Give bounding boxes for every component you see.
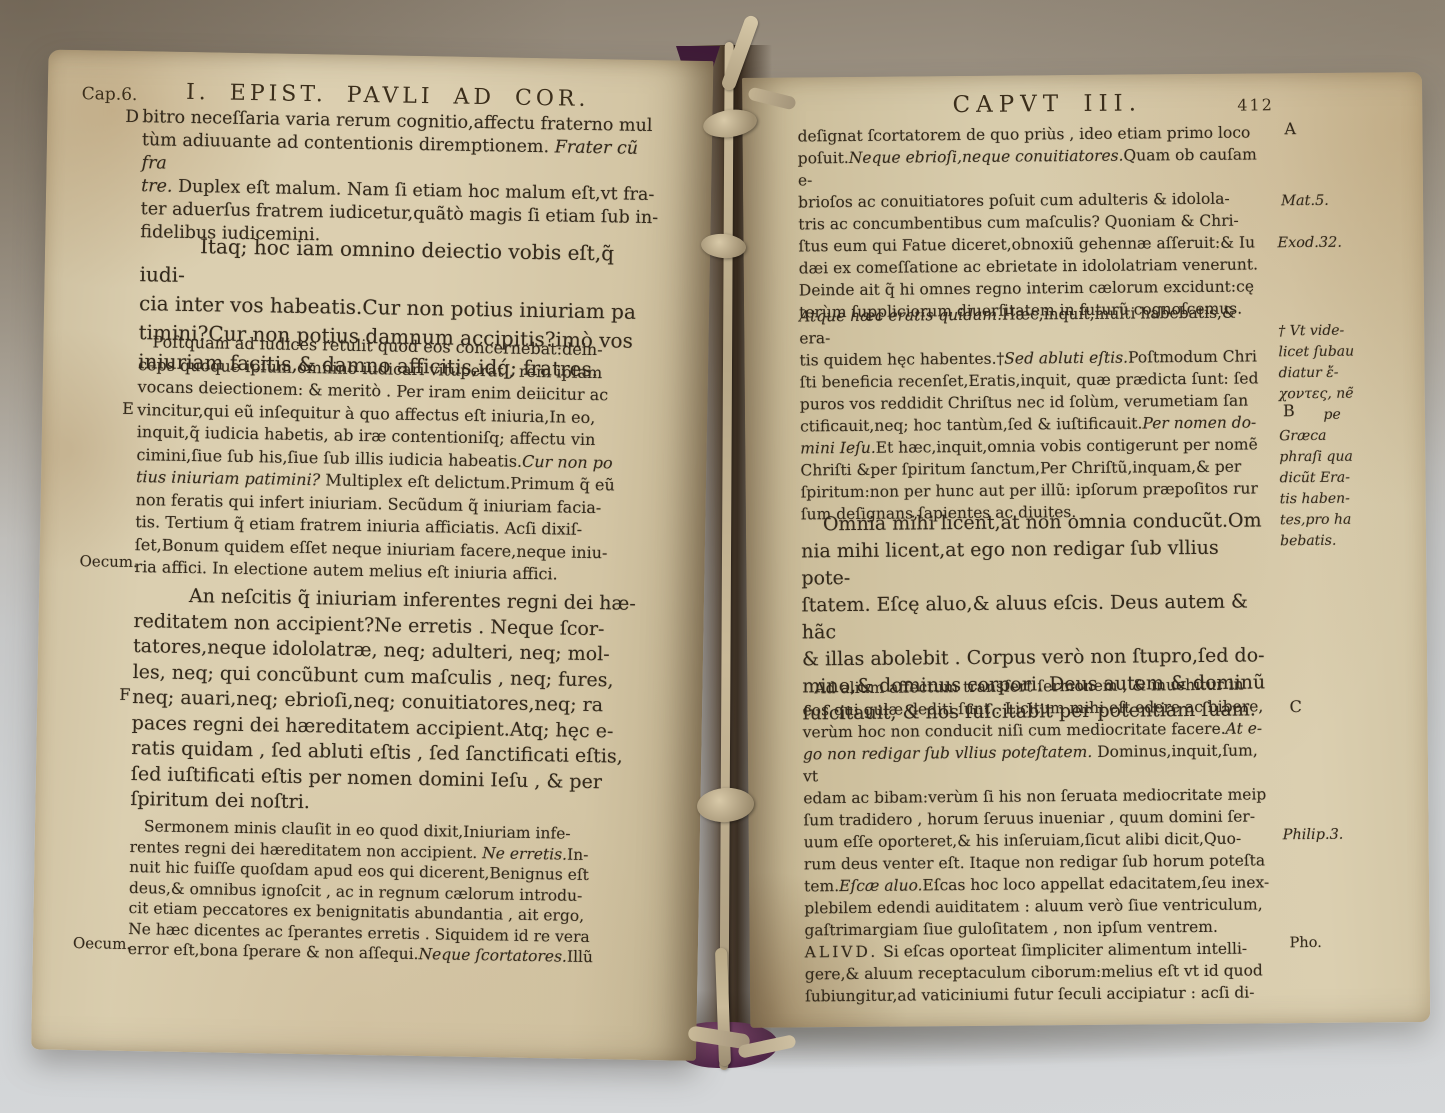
margin-note-oecum-2: Oecum. [73,934,132,953]
left-paragraph-4: An neſcitis q̃ iniuriam inferentes regni… [130,583,659,822]
left-paragraph-3: Poſtquam ad iudices retulit quod eos con… [134,331,663,588]
right-paragraph-2: Atque hæc eratis quidam.Hæc,inquit,multi… [799,301,1273,525]
margin-ref-photius: Pho. [1290,935,1322,951]
right-running-title: CAPVT III. [882,90,1212,119]
margin-letter-e: E [122,399,134,418]
right-paragraph-4: Ad alium affectum transfert ſermonem , &… [802,673,1277,1007]
right-page: CAPVT III. 412 deſignat ſcortatorem de q… [742,72,1430,1028]
photo-of-antique-book: Cap.6. I. EPIST. PAVLI AD COR. bitro nec… [0,0,1445,1113]
margin-gloss-note: † Vt vide- licet ſubau diatur ἔ- χοντες,… [1278,320,1420,552]
page-number: 412 [1237,95,1274,114]
margin-note-oecum-1: Oecum. [79,552,138,571]
left-paragraph-1: bitro neceſſaria varia rerum cognitio,af… [140,106,667,253]
chapter-label: Cap.6. [82,84,138,105]
margin-ref-matthew-5: Mat.5. [1281,193,1329,209]
margin-letter-d: D [125,107,139,127]
left-paragraph-5: Sermonem minis clauſit in eo quod dixit,… [128,816,655,969]
margin-ref-exodus-32: Exod.32. [1277,235,1342,252]
margin-ref-philippians-3: Philip.3. [1283,827,1344,844]
left-page: Cap.6. I. EPIST. PAVLI AD COR. bitro nec… [31,49,713,1060]
margin-letter-a: A [1284,119,1296,138]
margin-letter-b: B [1283,401,1295,420]
margin-letter-f: F [119,685,130,704]
right-paragraph-1: deſignat ſcortatorem de quo priùs , ideo… [797,121,1271,323]
margin-letter-c: C [1289,697,1301,716]
